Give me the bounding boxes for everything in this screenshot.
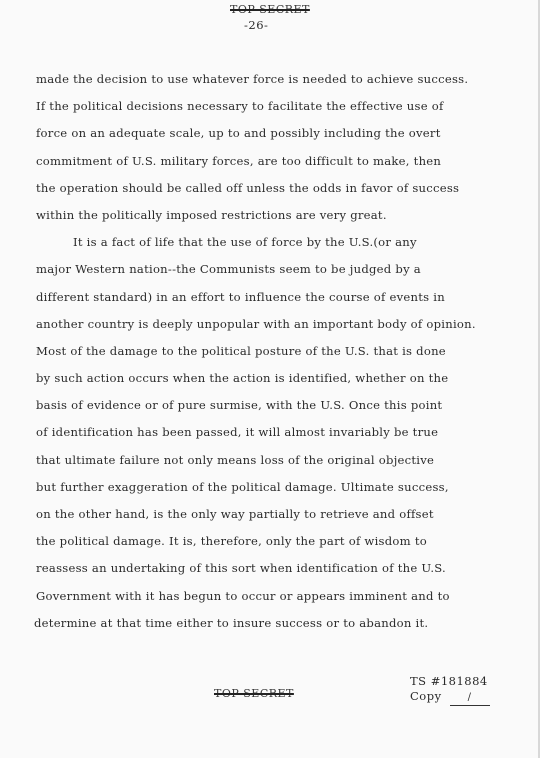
text-line: that ultimate failure not only means los… (36, 447, 506, 474)
text-line: of identification has been passed, it wi… (36, 419, 506, 446)
copy-label: Copy (410, 689, 442, 704)
text-line: determine at that time either to insure … (34, 610, 506, 637)
copy-row: Copy / (410, 689, 490, 706)
text-line: Most of the damage to the political post… (36, 338, 506, 365)
copy-number: / (450, 690, 490, 706)
text-line: the political damage. It is, therefore, … (36, 528, 506, 555)
text-line: within the politically imposed restricti… (36, 202, 506, 229)
text-line: but further exaggeration of the politica… (36, 474, 506, 501)
text-line: made the decision to use whatever force … (36, 66, 506, 93)
text-line: force on an adequate scale, up to and po… (36, 120, 506, 147)
body-text: made the decision to use whatever force … (36, 66, 506, 637)
page-number: -26- (244, 18, 268, 32)
text-line: reassess an undertaking of this sort whe… (36, 555, 506, 582)
document-control-block: TS #181884 Copy / (410, 674, 490, 706)
text-line: If the political decisions necessary to … (36, 93, 506, 120)
text-line: the operation should be called off unles… (36, 175, 506, 202)
paragraph-start-line: It is a fact of life that the use of for… (36, 229, 506, 256)
text-line: by such action occurs when the action is… (36, 365, 506, 392)
text-line: basis of evidence or of pure surmise, wi… (36, 392, 506, 419)
document-number: TS #181884 (410, 674, 490, 689)
text-line: commitment of U.S. military forces, are … (36, 148, 506, 175)
bottom-classification-struck: TOP SECRET (214, 687, 294, 700)
text-line: another country is deeply unpopular with… (36, 311, 506, 338)
text-line: Government with it has begun to occur or… (36, 583, 506, 610)
text-line: major Western nation--the Communists see… (36, 256, 506, 283)
text-line: on the other hand, is the only way parti… (36, 501, 506, 528)
text-line: different standard) in an effort to infl… (36, 284, 506, 311)
top-classification-struck: TOP SECRET (230, 3, 310, 16)
document-page: TOP SECRET -26- made the decision to use… (0, 0, 540, 758)
